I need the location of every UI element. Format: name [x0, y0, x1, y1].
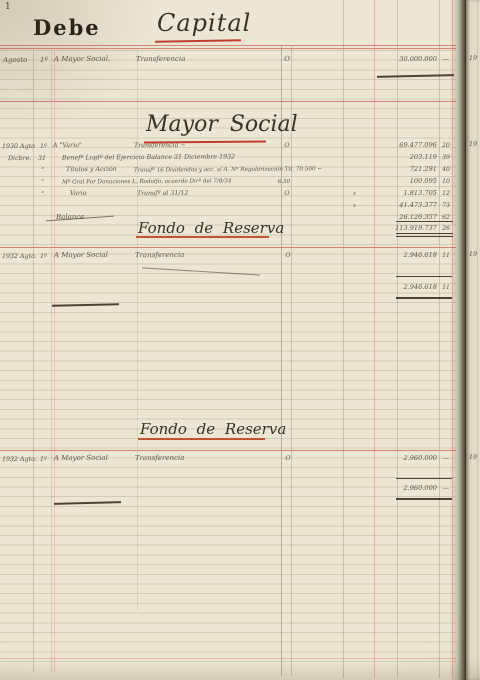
entry-month: 1932 Agto.: [2, 455, 37, 464]
facing-page-year: 19: [469, 453, 477, 462]
section-total-amount: 2.946.618: [380, 283, 437, 292]
entry-amount: 100.095: [380, 177, 437, 186]
facing-page-edge: 19 19 19 19: [466, 0, 480, 680]
facing-page-year: 19: [469, 54, 477, 63]
account-title: Capital: [157, 9, 251, 37]
day-column-rule-a: [51, 50, 52, 672]
account-title-underline: [155, 39, 241, 43]
page-number: 1: [5, 2, 11, 12]
entry-account: Vario: [70, 189, 87, 198]
entry-detail: Transferencia ~: [134, 141, 186, 150]
entry-day: ”: [41, 190, 44, 199]
facing-page-year: 19: [469, 140, 477, 149]
debit-header: Debe: [33, 15, 101, 40]
section-total-amount: 113.919.737: [380, 224, 437, 233]
ledger-page: 1 Debe Capital Agosto 1º A Mayor Social.…: [0, 0, 480, 680]
entry-amount: 69.477.096: [380, 141, 437, 150]
entry-account: Benefº Liqdº del Ejercicio Balance 31 Di…: [62, 152, 235, 162]
section-rule-1: [0, 101, 456, 102]
entry-account: A Mayor Social: [54, 251, 108, 260]
entry-day: ”: [41, 178, 44, 187]
entry-account: Mº Gral Por Donaciones L. Rodolfo, acuer…: [62, 177, 231, 187]
total-rule-bottom-a: [396, 233, 453, 234]
entry-folio: O: [280, 454, 296, 463]
entry-month: Dicbre.: [8, 154, 31, 163]
total-rule-top: [396, 478, 452, 479]
entry-folio: 6.50: [273, 178, 295, 187]
entry-amount: 2.960.000: [380, 454, 437, 463]
header-rule-top: [0, 45, 456, 46]
section-rule-2: [0, 247, 456, 248]
entry-folio: O: [279, 55, 295, 64]
entry-detail: Transfº al 31/12: [137, 189, 189, 198]
entry-amount: 30.000.000: [380, 55, 437, 64]
entry-amount: 1.813.705: [380, 189, 437, 198]
entry-day: 1º: [40, 56, 48, 65]
section-heading-mayor-social: Mayor Social: [146, 112, 298, 137]
entry-account: A Mayor Social: [54, 454, 108, 463]
entry-folio: O: [280, 251, 296, 260]
entry-detail: Transferencia: [135, 454, 184, 463]
entry-month: Agosto: [3, 56, 27, 65]
section-heading-fondo-reserva-2: Fondo de Reserva: [140, 420, 286, 438]
entry-detail: Transferencia: [136, 55, 185, 64]
paper-crease: [137, 50, 138, 610]
total-rule-bottom: [396, 297, 452, 299]
entry-detail: Transferencia: [135, 251, 184, 260]
total-rule-top: [396, 221, 453, 222]
entry-amount: 2.946.618: [380, 251, 437, 260]
section-heading-fondo-reserva-1: Fondo de Reserva: [138, 219, 284, 237]
entry-amount: 41.473.377: [380, 201, 437, 210]
entry-day: 31: [38, 154, 46, 163]
entry-check-mark: x: [353, 190, 356, 199]
entry-folio: O: [279, 189, 295, 198]
total-rule-bottom: [396, 498, 452, 500]
entry-amount: 203.119: [380, 153, 437, 162]
section-rule-3: [0, 450, 456, 451]
total-rule-top: [396, 276, 452, 277]
entry-month: 1932 Agto.: [2, 252, 37, 261]
entry-amount: 721.291: [380, 165, 437, 174]
entry-day: 1º: [40, 455, 47, 464]
entry-month: 1930 Agto: [2, 142, 35, 151]
entry-day: ”: [41, 166, 44, 175]
bottom-rule: [0, 658, 456, 659]
fondo-reserva-2-underline: [138, 438, 265, 440]
fondo-reserva-1-underline: [136, 236, 269, 238]
section-total-amount: 2.960.000: [380, 484, 437, 493]
entry-detail: Transfº 16 Dividendos y acc. s/ A. Nº Re…: [134, 165, 322, 175]
entry-day: 1º: [40, 142, 47, 151]
entry-day: 1º: [40, 252, 47, 261]
entry-account: A Mayor Social.: [54, 55, 110, 64]
header-rule-bottom: [0, 48, 456, 49]
facing-page-year: 19: [469, 250, 477, 259]
facing-page-rule: [477, 0, 478, 680]
entry-account: A "Vario": [53, 141, 82, 150]
entry-check-mark: x: [353, 202, 356, 211]
total-rule-bottom-b: [396, 236, 453, 237]
entry-account: Títulos y Acción: [66, 165, 117, 174]
binding-fold-shadow: [450, 0, 466, 680]
entry-folio: O: [279, 141, 295, 150]
